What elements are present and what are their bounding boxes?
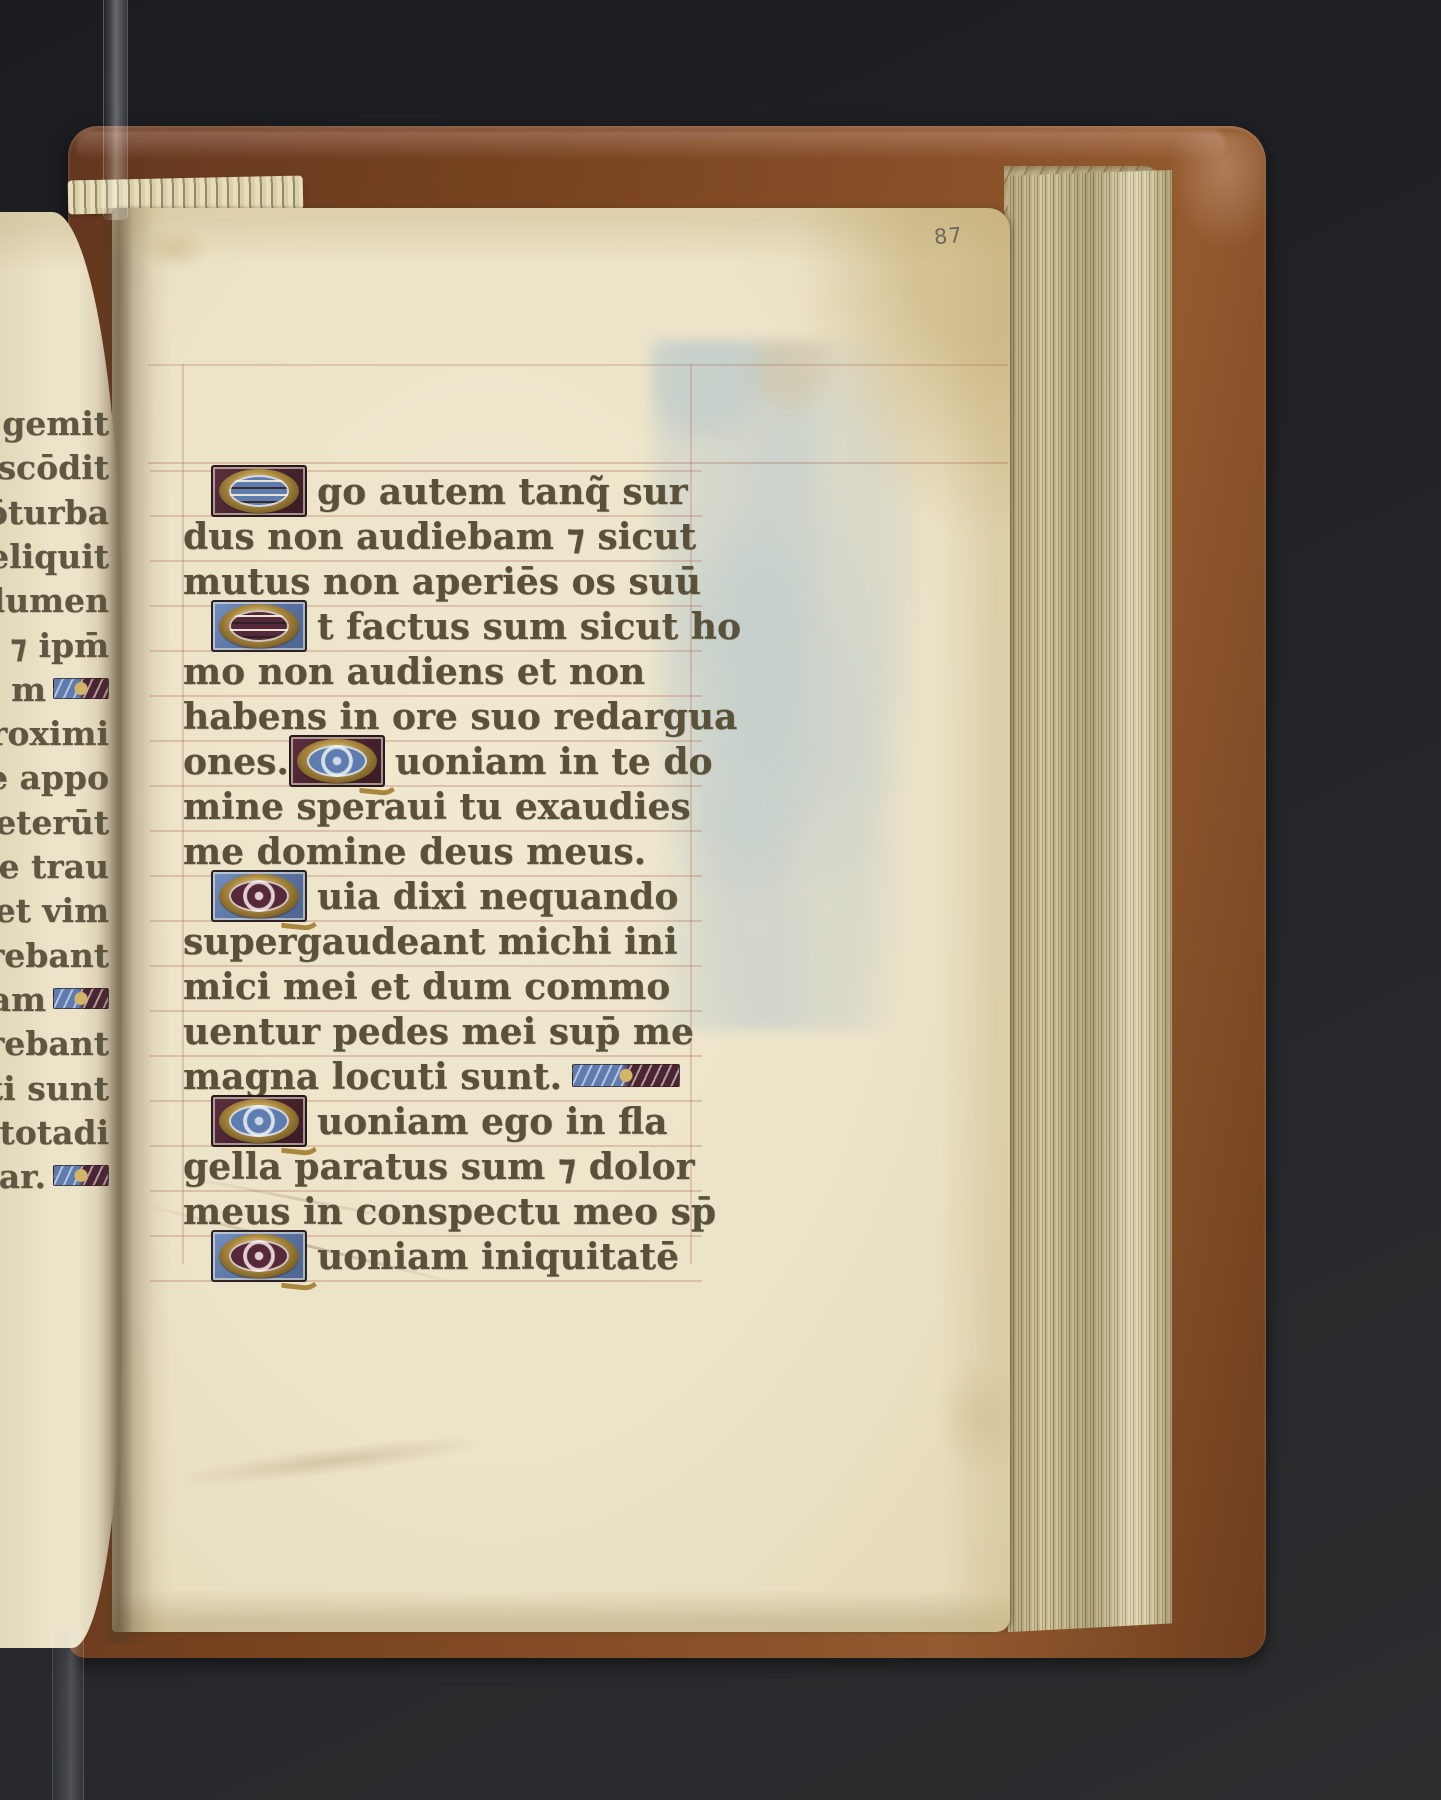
verso-text-fragment: cta me trau	[0, 847, 109, 887]
gothic-text: uoniam iniquitatē	[317, 1236, 679, 1278]
gothic-text: dus non audiebam ⁊ sicut	[183, 516, 696, 558]
text-line: supergaudeant michi ini	[183, 920, 728, 965]
gothic-text: ones.	[183, 741, 289, 783]
gothic-text: habens in ore suo redargua	[183, 696, 737, 738]
initial-letterform	[229, 880, 289, 912]
page-stain	[140, 226, 210, 272]
gothic-text: mici mei et dum commo	[183, 966, 670, 1008]
page-stain	[182, 1430, 483, 1492]
text-line: t factus sum sicut ho	[183, 605, 728, 650]
gothic-text: gella paratus sum ⁊ dolor	[183, 1146, 695, 1188]
book: 87 go autem tanq̃ surdus non audiebam ⁊ …	[68, 126, 1266, 1658]
photo-background: 87 go autem tanq̃ surdus non audiebam ⁊ …	[0, 0, 1441, 1800]
verso-text-fragment: am	[0, 980, 109, 1020]
line-filler-ornament	[53, 988, 109, 1009]
text-line: ones.uoniam in te do	[183, 740, 728, 785]
gothic-text: cōturba	[0, 493, 109, 532]
verso-text-fragment: dereliquit	[0, 537, 109, 577]
gothic-text: n me appo	[0, 758, 109, 797]
decorated-initial-Q	[211, 1230, 307, 1282]
ruling-line-horizontal	[148, 462, 1008, 464]
text-line: uia dixi nequando	[183, 875, 728, 920]
gothic-text: uia dixi nequando	[317, 876, 678, 918]
gothic-text: n ē abscōdit	[0, 448, 109, 487]
initial-letterform	[307, 745, 367, 777]
gothic-text: los totadi	[0, 1113, 109, 1152]
text-line: go autem tanq̃ sur	[183, 470, 728, 515]
gothic-text: mine speraui tu exaudies	[183, 786, 691, 828]
gothic-text: ar.	[0, 1157, 46, 1196]
fore-edge-page-stack	[1008, 170, 1172, 1638]
verso-page-edge: um ⁊ gemitn ē abscōditcōturbadereliquitc…	[0, 212, 122, 1648]
verso-text-fragment: et proximi	[0, 714, 109, 754]
recto-page: 87 go autem tanq̃ surdus non audiebam ⁊ …	[112, 208, 1010, 1632]
text-line: uoniam ego in fla	[183, 1100, 728, 1145]
line-filler-ornament	[53, 1165, 109, 1186]
line-filler-ornament	[572, 1064, 680, 1087]
verso-text-fragment: querebant	[0, 936, 109, 976]
text-line: mine speraui tu exaudies	[183, 785, 728, 830]
line-filler-ornament	[53, 678, 109, 699]
verso-text-fragment: ar.	[0, 1157, 109, 1197]
gothic-text: querebant	[0, 936, 109, 975]
decorated-initial-E	[211, 465, 307, 517]
verso-text-fragment: los totadi	[0, 1113, 109, 1153]
decorated-initial-E	[211, 600, 307, 652]
gothic-text: cuti sunt	[0, 1069, 109, 1108]
initial-letterform	[229, 1105, 289, 1137]
text-line: meus in conspectu meo sp̄	[183, 1190, 728, 1235]
verso-text-fragment: m	[11, 670, 109, 710]
page-stain	[932, 1358, 1022, 1478]
text-block: go autem tanq̃ surdus non audiebam ⁊ sic…	[183, 470, 728, 1280]
decorated-initial-Q	[289, 735, 385, 787]
gothic-text: dū ⁊ ipm̄	[0, 626, 109, 665]
text-line: mici mei et dum commo	[183, 965, 728, 1010]
gothic-text: uentur pedes mei sup̄ me	[183, 1011, 694, 1053]
ruling-line-horizontal	[148, 364, 1008, 366]
folio-number: 87	[933, 223, 964, 249]
gothic-text: mutus non aperiēs os suū	[183, 561, 701, 603]
gothic-text: meus in conspectu meo sp̄	[183, 1191, 716, 1233]
decorated-initial-Q	[211, 1095, 307, 1147]
verso-text-fragment: cuti sunt	[0, 1069, 109, 1109]
text-line: mutus non aperiēs os suū	[183, 560, 728, 605]
text-line: dus non audiebam ⁊ sicut	[183, 515, 728, 560]
gothic-text: quirebant	[0, 1024, 109, 1063]
verso-text-fragment: n ē abscōdit	[0, 448, 109, 488]
initial-letterform	[229, 610, 289, 642]
verso-text-fragment: quirebant	[0, 1024, 109, 1064]
gothic-text: m	[11, 670, 46, 709]
text-line: uentur pedes mei sup̄ me	[183, 1010, 728, 1055]
gothic-text: cta me trau	[0, 847, 109, 886]
gothic-text: me domine deus meus.	[183, 831, 646, 873]
text-line: magna locuti sunt.	[183, 1055, 728, 1100]
verso-text-fragment: ca et lumen	[0, 581, 109, 621]
gothic-text: supergaudeant michi ini	[183, 921, 678, 963]
gothic-text: go autem tanq̃ sur	[317, 471, 688, 513]
verso-text-fragment: n me appo	[0, 758, 109, 798]
text-line: gella paratus sum ⁊ dolor	[183, 1145, 728, 1190]
gothic-text: dereliquit	[0, 537, 109, 576]
gothic-text: magna locuti sunt.	[183, 1056, 562, 1098]
decorated-initial-Q	[211, 870, 307, 922]
gothic-text: uoniam in te do	[395, 741, 713, 783]
text-line: uoniam iniquitatē	[183, 1235, 728, 1280]
text-line: me domine deus meus.	[183, 830, 728, 875]
verso-text-fragment: cōturba	[0, 493, 109, 533]
gothic-text: am	[0, 980, 46, 1019]
verso-text-fragment: nt et steterūt	[0, 803, 109, 843]
gothic-text: uoniam ego in fla	[317, 1101, 668, 1143]
gothic-text: et proximi	[0, 714, 109, 753]
gothic-text: um ⁊ gemit	[0, 404, 109, 443]
text-line: habens in ore suo redargua	[183, 695, 728, 740]
gothic-text: ca et lumen	[0, 581, 109, 620]
verso-text-fragment: dū ⁊ ipm̄	[0, 626, 109, 666]
text-line: mo non audiens et non	[183, 650, 728, 695]
gothic-text: t factus sum sicut ho	[317, 606, 741, 648]
verso-text-fragment: um ⁊ gemit	[0, 404, 109, 444]
gothic-text: unt et vim	[0, 891, 109, 930]
initial-letterform	[229, 475, 289, 507]
initial-letterform	[229, 1240, 289, 1272]
verso-text-fragment: unt et vim	[0, 891, 109, 931]
gothic-text: mo non audiens et non	[183, 651, 645, 693]
gothic-text: nt et steterūt	[0, 803, 109, 842]
